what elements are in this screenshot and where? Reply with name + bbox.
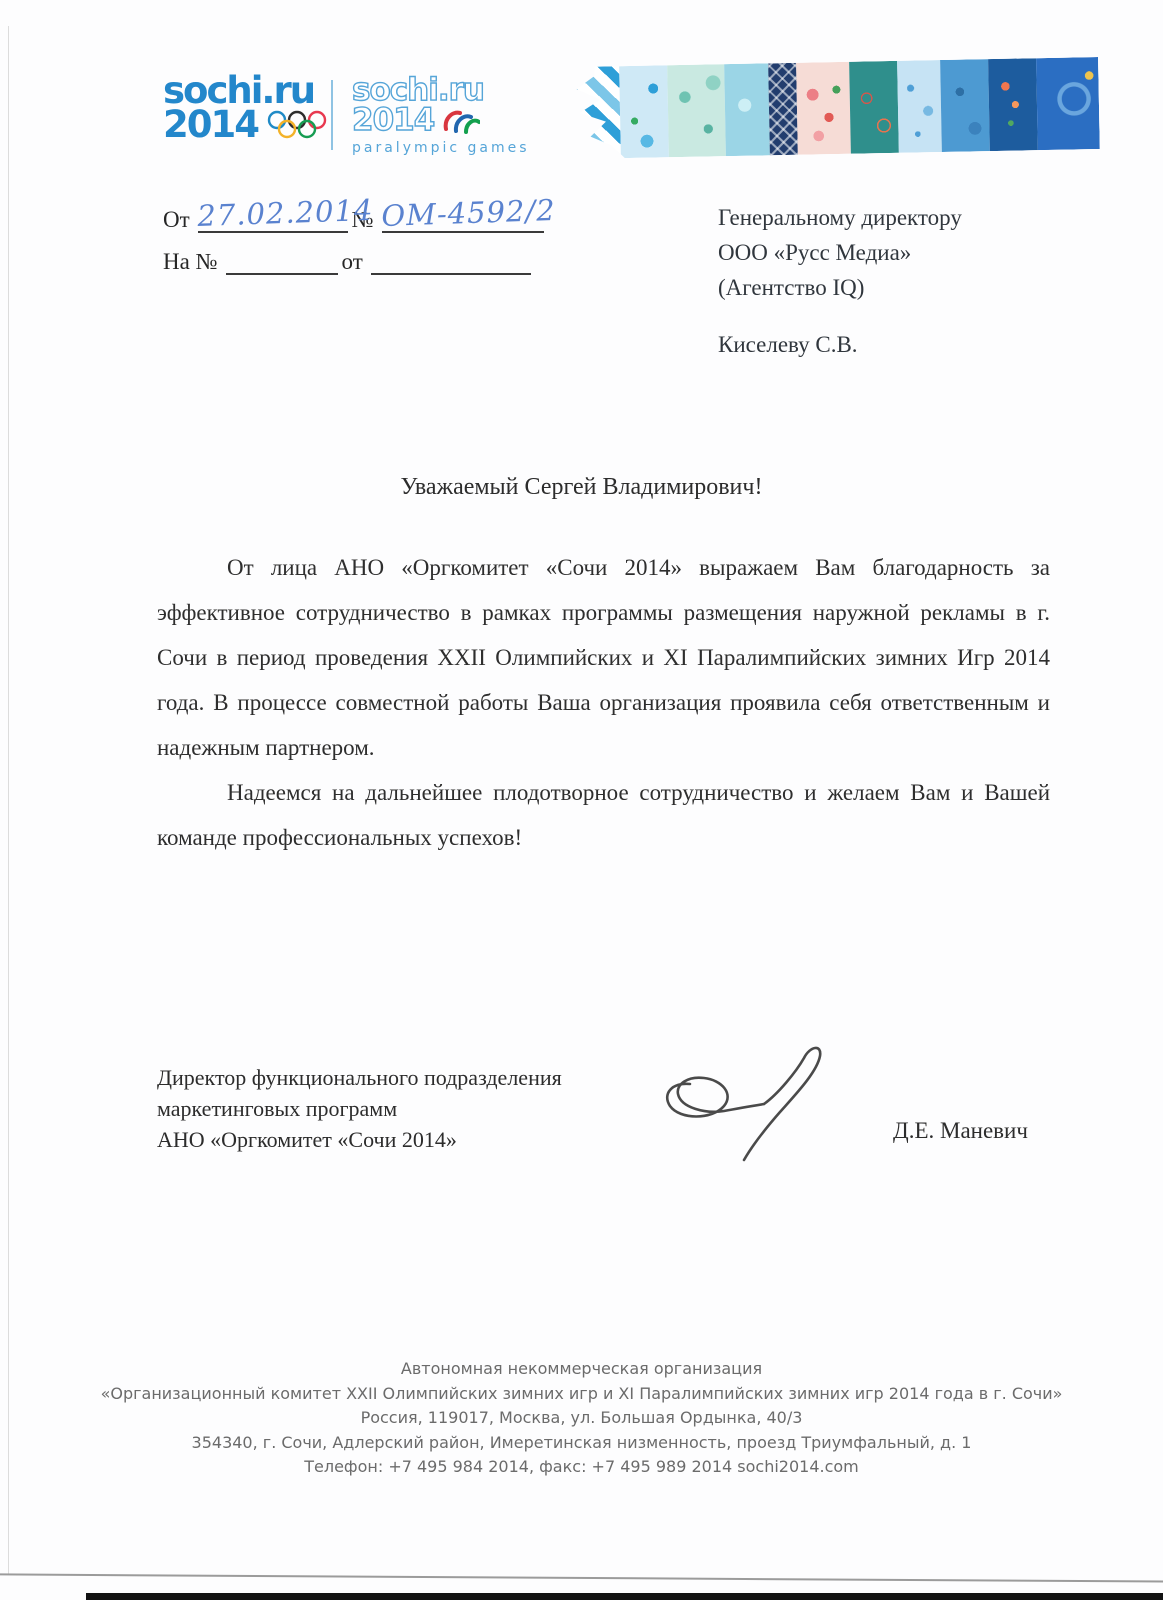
recipient-line: (Агентство IQ) bbox=[718, 270, 962, 305]
reply-date-underline bbox=[371, 243, 531, 275]
footer-line: Россия, 119017, Москва, ул. Большая Орды… bbox=[0, 1406, 1163, 1431]
scanned-letter-page: sochi.ru 2014 sochi.ru 2014 bbox=[0, 0, 1163, 1600]
signer-title-block: Директор функционального подразделения м… bbox=[157, 1062, 562, 1155]
patchwork-patch bbox=[940, 59, 990, 152]
reply-from-label: от bbox=[342, 249, 363, 275]
letter-body: От лица АНО «Оргкомитет «Сочи 2014» выра… bbox=[157, 545, 1050, 860]
recipient-line: ООО «Русс Медиа» bbox=[718, 235, 962, 270]
date-underline: 27.02.2014 bbox=[198, 201, 348, 233]
reference-row-outgoing: От 27.02.2014 № ОМ-4592/2 bbox=[163, 196, 544, 233]
reply-number-underline bbox=[226, 243, 338, 275]
olympic-rings-icon bbox=[266, 109, 330, 141]
footer-line: «Организационный комитет XXII Олимпийски… bbox=[0, 1382, 1163, 1407]
patchwork-patch bbox=[619, 65, 669, 158]
paralympic-agitos-icon bbox=[440, 105, 480, 135]
letter-paragraph: Надеемся на дальнейшее плодотворное сотр… bbox=[157, 770, 1050, 860]
salutation: Уважаемый Сергей Владимирович! bbox=[0, 474, 1163, 501]
from-label: От bbox=[163, 207, 190, 233]
sochi-patchwork-banner bbox=[576, 57, 1100, 159]
logo-year: 2014 bbox=[163, 108, 258, 142]
patchwork-patch bbox=[988, 58, 1038, 151]
scan-left-edge bbox=[8, 26, 9, 1574]
sochi-paralympic-logo: sochi.ru 2014 paralympic games bbox=[352, 76, 530, 156]
handwritten-date: 27.02.2014 bbox=[196, 193, 373, 233]
signer-title-line: Директор функционального подразделения bbox=[157, 1062, 562, 1093]
patchwork-patch bbox=[1036, 57, 1100, 150]
recipient-name: Киселеву С.В. bbox=[718, 327, 962, 362]
patchwork-patch bbox=[725, 63, 770, 156]
patchwork-patch bbox=[768, 63, 798, 156]
signer-title-line: маркетинговых программ bbox=[157, 1093, 562, 1124]
footer-block: Автономная некоммерческая организация «О… bbox=[0, 1357, 1163, 1480]
recipient-block: Генеральному директору ООО «Русс Медиа» … bbox=[718, 200, 962, 362]
signer-title-line: АНО «Оргкомитет «Сочи 2014» bbox=[157, 1124, 562, 1155]
number-underline: ОМ-4592/2 bbox=[382, 201, 544, 233]
logo-year-outline: 2014 bbox=[352, 106, 434, 135]
footer-line: Телефон: +7 495 984 2014, факс: +7 495 9… bbox=[0, 1455, 1163, 1480]
patchwork-patch bbox=[796, 62, 850, 155]
signer-name: Д.Е. Маневич bbox=[893, 1118, 1028, 1144]
recipient-line: Генеральному директору bbox=[718, 200, 962, 235]
patchwork-patch bbox=[897, 60, 942, 153]
letter-paragraph: От лица АНО «Оргкомитет «Сочи 2014» выра… bbox=[157, 545, 1050, 770]
footer-line: 354340, г. Сочи, Адлерский район, Имерет… bbox=[0, 1431, 1163, 1456]
handwritten-signature bbox=[648, 1032, 848, 1182]
paralympic-caption: paralympic games bbox=[352, 140, 530, 156]
reference-row-reply: На № от bbox=[163, 238, 544, 275]
logo-divider bbox=[331, 80, 333, 150]
scan-bottom-bar bbox=[86, 1593, 1163, 1600]
footer-line: Автономная некоммерческая организация bbox=[0, 1357, 1163, 1382]
reply-label: На № bbox=[163, 249, 218, 275]
scan-paper-edge bbox=[0, 1573, 1163, 1582]
patchwork-patch bbox=[667, 64, 726, 157]
patchwork-patch bbox=[849, 61, 899, 154]
reference-block: От 27.02.2014 № ОМ-4592/2 На № от bbox=[163, 196, 544, 275]
sochi-olympic-logo: sochi.ru 2014 bbox=[163, 74, 330, 142]
patchwork-patch bbox=[576, 66, 621, 159]
handwritten-number: ОМ-4592/2 bbox=[380, 193, 555, 233]
